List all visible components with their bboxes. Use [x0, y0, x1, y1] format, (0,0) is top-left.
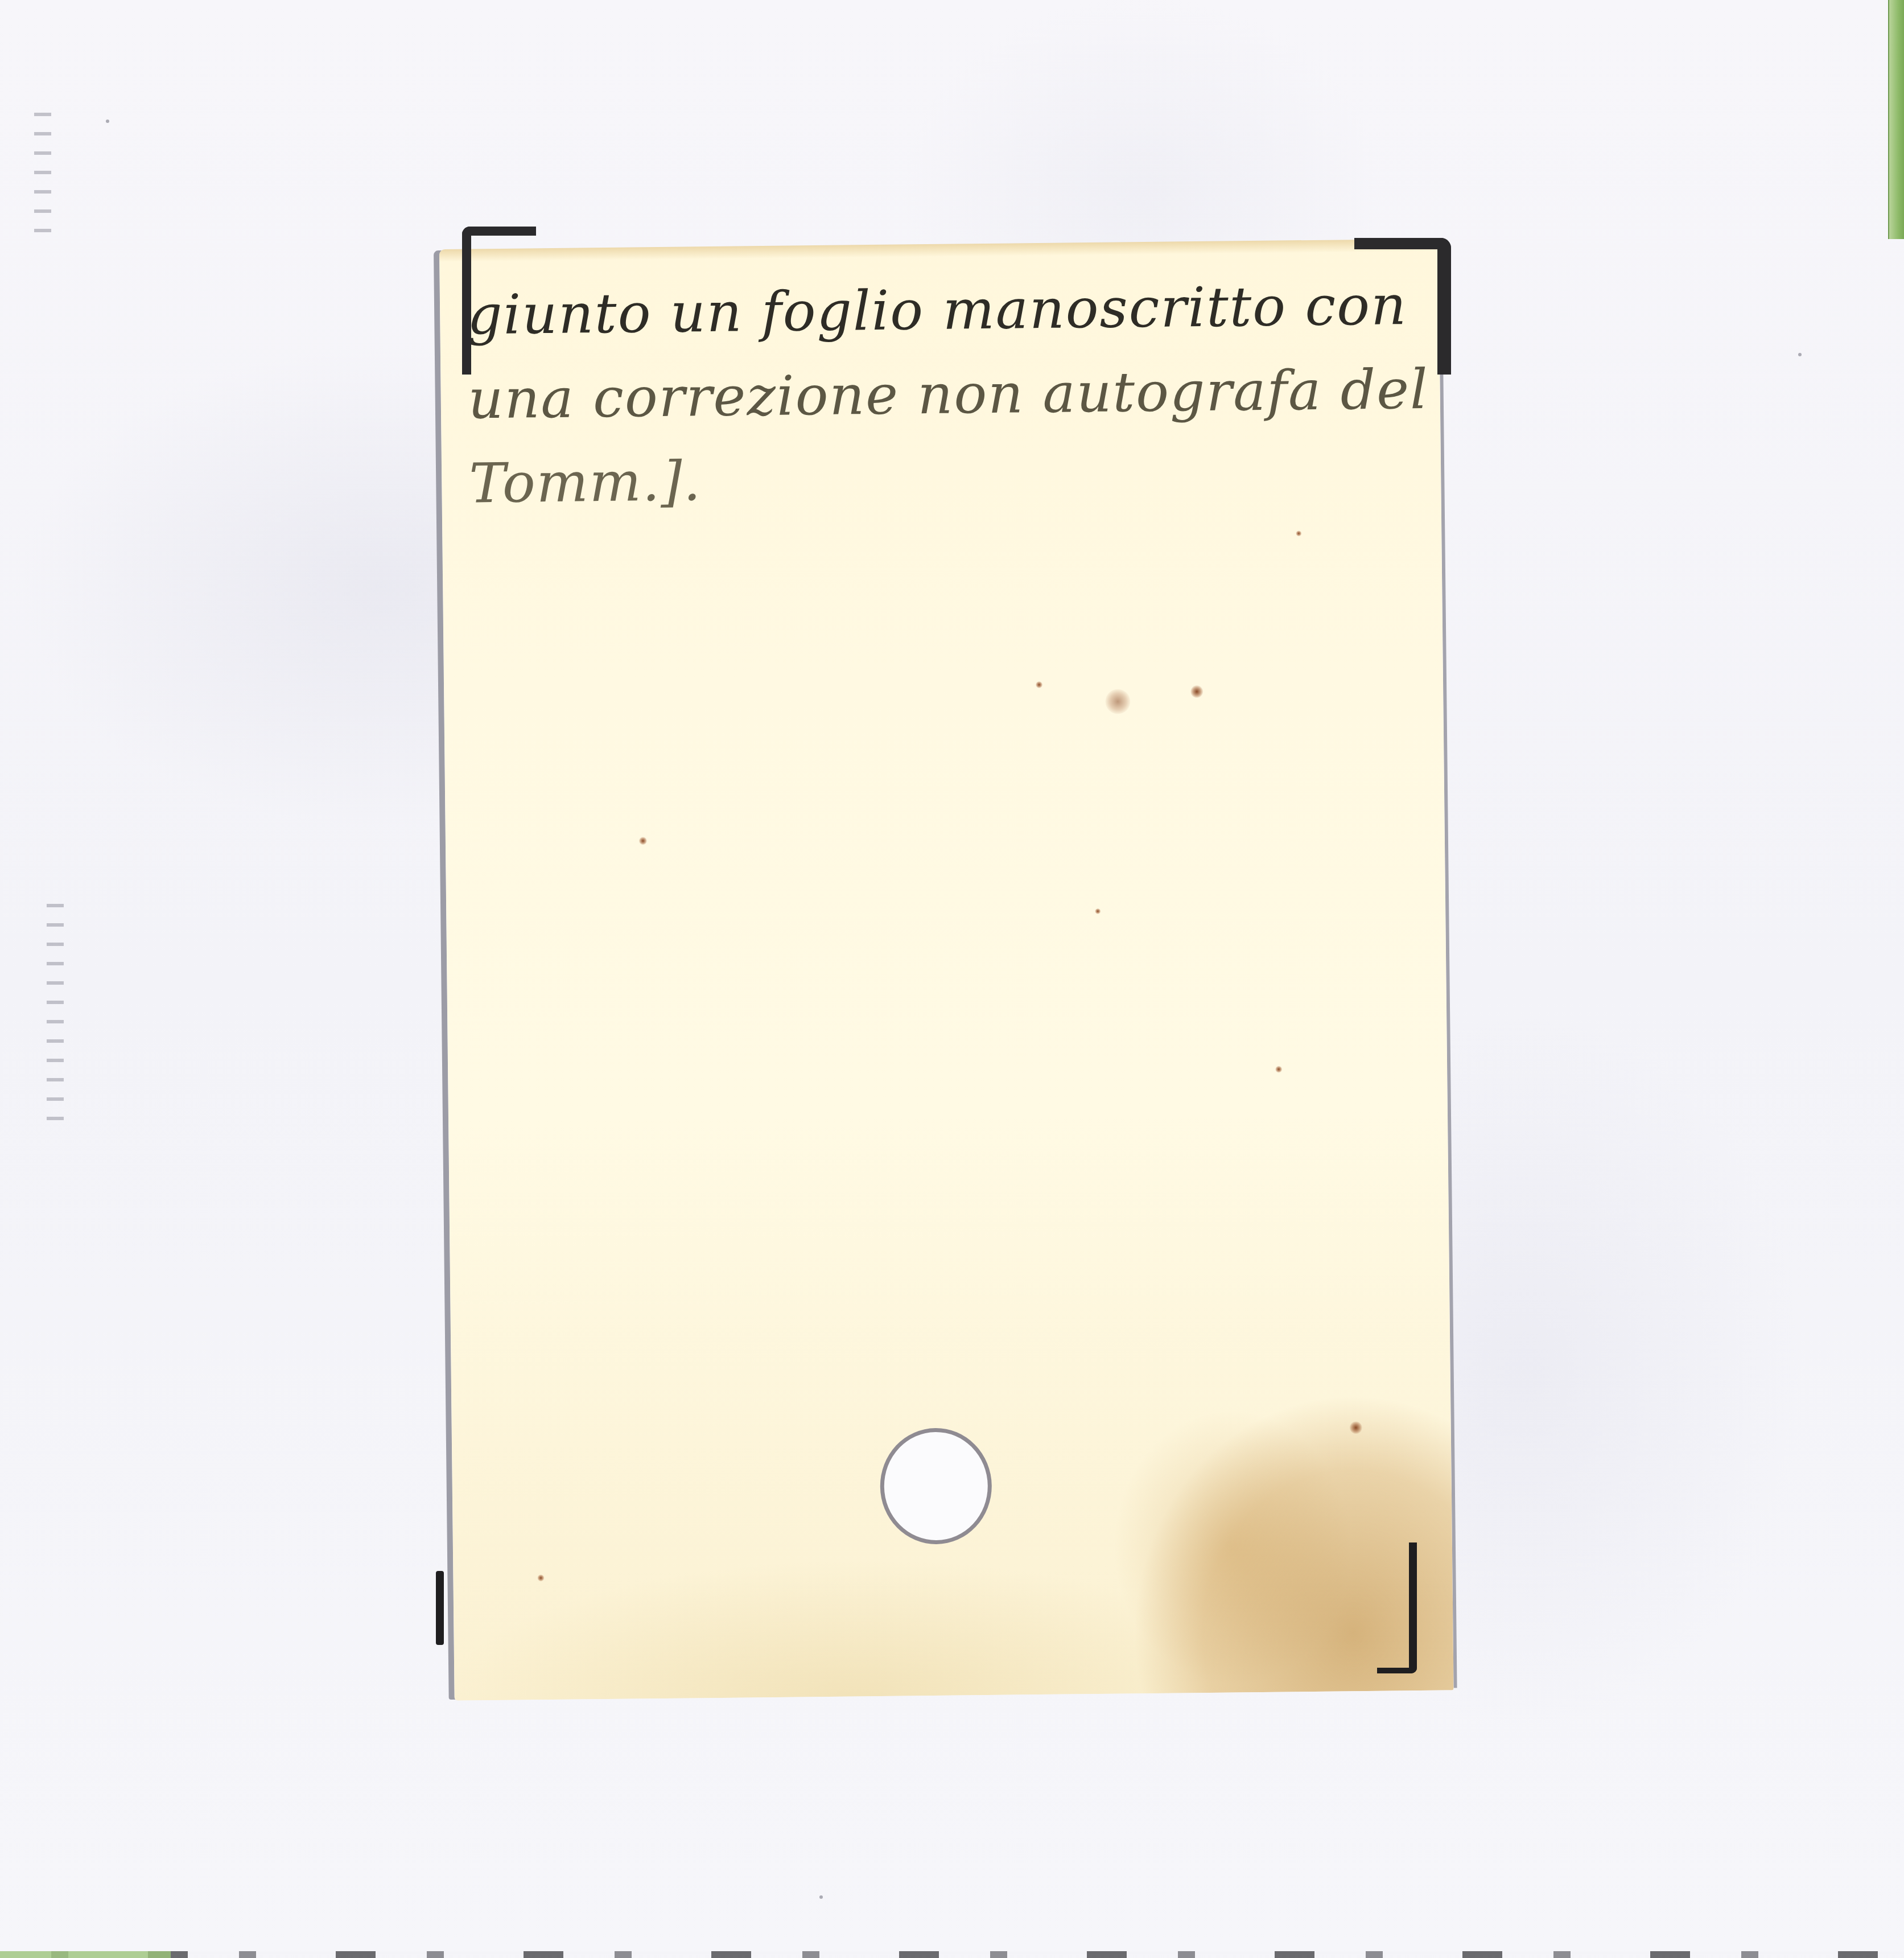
foxing-spot	[1296, 530, 1301, 536]
foxing-spot	[1036, 681, 1042, 688]
foxing-spot	[1190, 685, 1203, 698]
note-line-2: una correzione non autografa del	[468, 347, 1424, 442]
handwritten-note: giunto un foglio manoscritto con una cor…	[467, 263, 1425, 526]
note-line-1: giunto un foglio manoscritto con	[467, 263, 1423, 357]
bottom-edge-strip	[0, 1951, 1904, 1958]
foxing-spot	[1275, 1066, 1282, 1073]
stray-mark	[819, 1895, 823, 1899]
catalogue-card: giunto un foglio manoscritto con una cor…	[439, 239, 1454, 1701]
note-line-3: Tomm.].	[469, 431, 1425, 526]
stray-mark	[1798, 353, 1802, 356]
foxing-spot	[639, 837, 647, 845]
green-edge-strip	[1888, 0, 1904, 239]
foxing-spot	[1105, 689, 1130, 714]
foxing-spot	[1095, 908, 1101, 914]
punch-hole	[880, 1428, 992, 1545]
stray-mark	[106, 120, 109, 123]
left-perforation-marks	[34, 97, 51, 245]
photo-mount-corner-top-right	[1354, 238, 1451, 375]
photo-mount-corner-bottom-right	[1377, 1542, 1417, 1673]
foxing-spot	[1350, 1421, 1362, 1434]
foxing-spot	[537, 1574, 544, 1581]
bottom-green-edge	[0, 1951, 171, 1958]
photo-mount-corner-bottom-left	[436, 1571, 444, 1645]
left-perforation-marks	[47, 888, 64, 1127]
photo-mount-corner-top-left	[462, 227, 536, 375]
